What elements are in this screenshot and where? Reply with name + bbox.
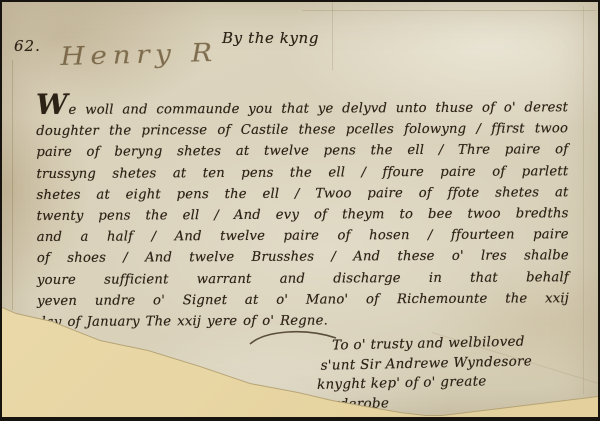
body-line: twenty pens the ell / And evy of theym t… <box>37 203 569 227</box>
right-fold-crease <box>583 6 584 394</box>
body-line: of shoes / And twelve Brusshes / And the… <box>37 246 569 270</box>
body-line: youre sufficient warrant and discharge i… <box>37 267 569 291</box>
body-line: trussyng shetes at ten pens the ell / ff… <box>36 161 568 185</box>
body-line: yeven undre o' Signet at o' Mano' of Ric… <box>37 288 569 312</box>
address-block: To o' trusty and welbiloved s'unt Sir An… <box>310 331 582 415</box>
top-horizontal-crease <box>302 10 596 11</box>
heading-by-the-king: By the kyng <box>222 29 319 47</box>
body-line: shetes at eight pens the ell / Twoo pair… <box>36 182 568 206</box>
body-line: paire of beryng shetes at twelve pens th… <box>36 140 568 164</box>
backing-mat: 62. Henry R By the kyng We woll and comm… <box>2 2 598 417</box>
parchment-sheet: 62. Henry R By the kyng We woll and comm… <box>2 2 598 415</box>
left-fold-crease <box>12 60 13 310</box>
warrant-body-text: We woll and commaunde you that ye delyvd… <box>36 91 569 333</box>
body-line: We woll and commaunde you that ye delyvd… <box>36 91 568 121</box>
top-center-crease <box>332 2 333 70</box>
body-line: and a half / And twelve paire of hosen /… <box>37 224 569 248</box>
manuscript-scan-frame: 62. Henry R By the kyng We woll and comm… <box>0 0 600 421</box>
body-line: doughter the princesse of Castile these … <box>36 118 568 142</box>
catalog-number: 62. <box>14 37 41 55</box>
